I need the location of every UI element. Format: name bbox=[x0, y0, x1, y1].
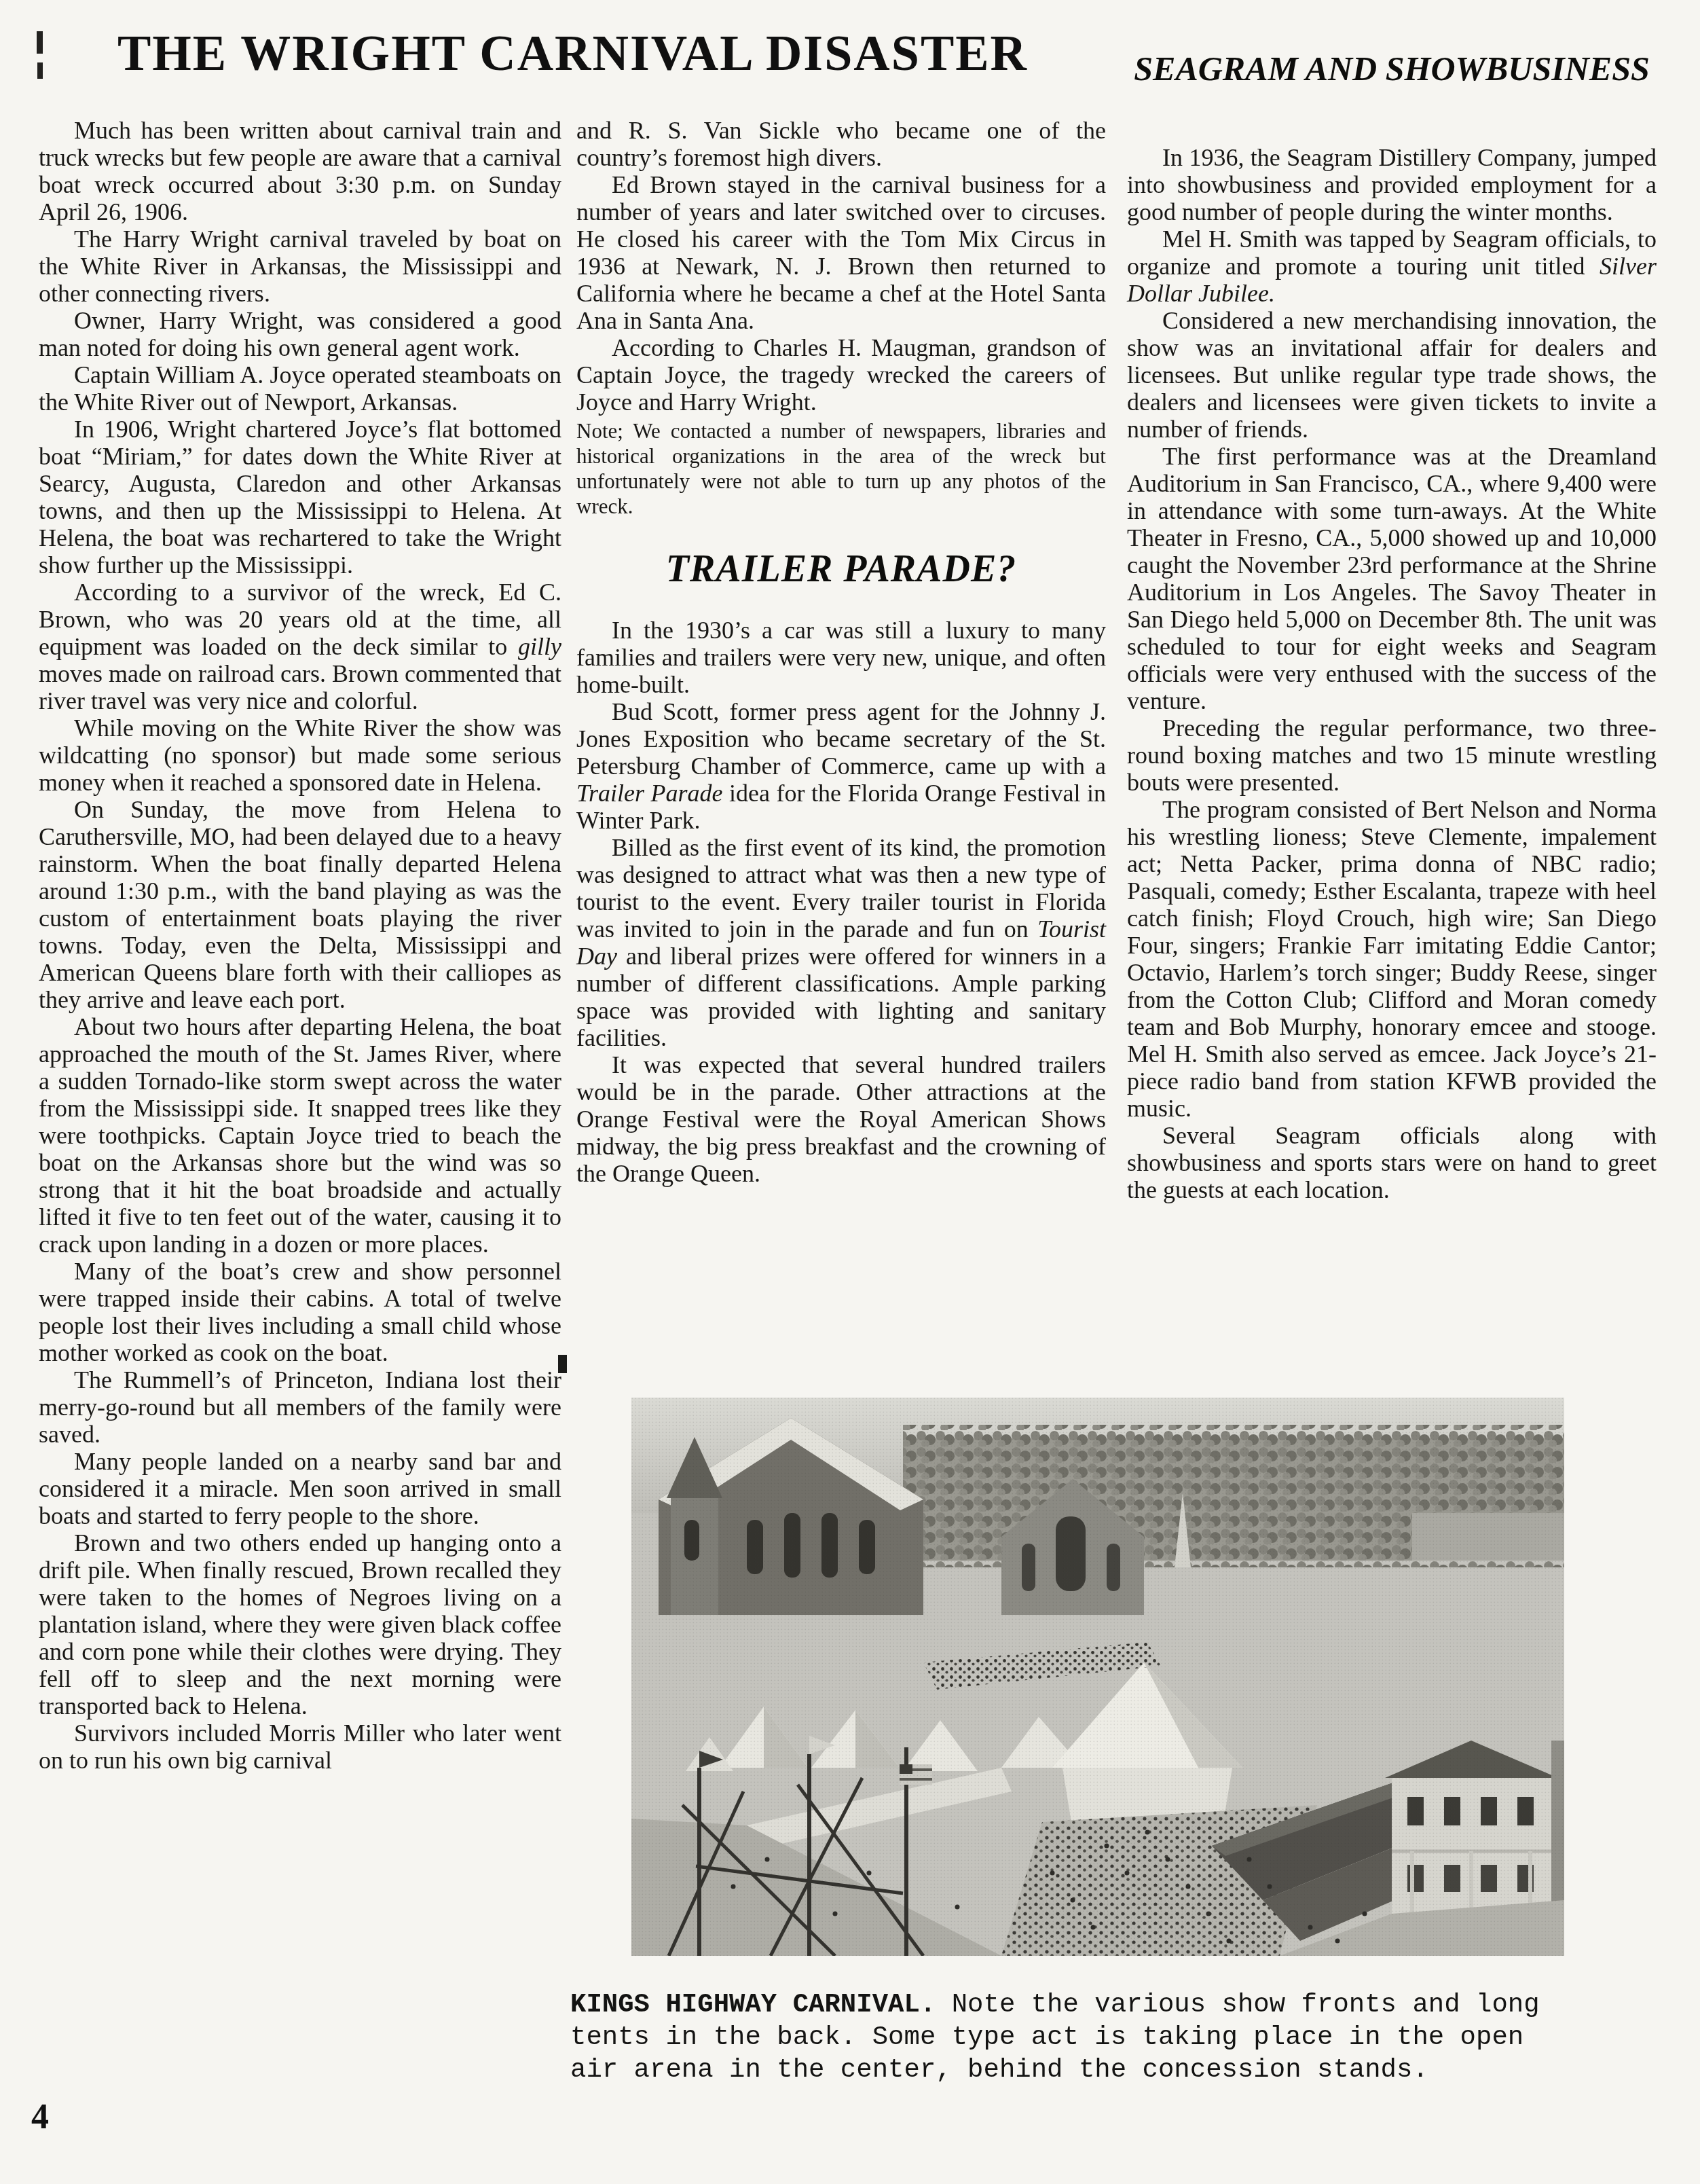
body-paragraph: Considered a new merchandising innovatio… bbox=[1127, 307, 1657, 443]
body-paragraph: According to a survivor of the wreck, Ed… bbox=[39, 579, 561, 714]
body-paragraph: The Harry Wright carnival traveled by bo… bbox=[39, 225, 561, 307]
column-1: Much has been written about carnival tra… bbox=[39, 117, 561, 1774]
text-segment-italic: Trailer Parade bbox=[576, 780, 723, 807]
body-paragraph: and R. S. Van Sickle who became one of t… bbox=[576, 117, 1106, 171]
note-paragraph: Note; We contacted a number of newspaper… bbox=[576, 418, 1106, 519]
photo-halftone-overlay bbox=[631, 1398, 1564, 1956]
body-paragraph: In 1906, Wright chartered Joyce’s flat b… bbox=[39, 416, 561, 579]
body-paragraph: Mel H. Smith was tapped by Seagram offic… bbox=[1127, 225, 1657, 307]
body-paragraph: Many of the boat’s crew and show personn… bbox=[39, 1258, 561, 1366]
article-heading-trailer-parade: TRAILER PARADE? bbox=[576, 550, 1106, 588]
body-paragraph: Many people landed on a nearby sand bar … bbox=[39, 1448, 561, 1529]
body-paragraph: The program consisted of Bert Nelson and… bbox=[1127, 796, 1657, 1122]
body-paragraph: Much has been written about carnival tra… bbox=[39, 117, 561, 225]
body-paragraph: Bud Scott, former press agent for the Jo… bbox=[576, 698, 1106, 834]
column-3: SEAGRAM AND SHOWBUSINESS In 1936, the Se… bbox=[1127, 52, 1657, 1203]
article-title-wright-carnival-disaster: THE WRIGHT CARNIVAL DISASTER bbox=[39, 27, 1107, 81]
photo-caption: KINGS HIGHWAY CARNIVAL. Note the various… bbox=[570, 1988, 1578, 2086]
body-paragraph: In the 1930’s a car was still a luxury t… bbox=[576, 617, 1106, 698]
caption-lead: KINGS HIGHWAY CARNIVAL. bbox=[570, 1990, 936, 2020]
article-heading-seagram: SEAGRAM AND SHOWBUSINESS bbox=[1127, 52, 1657, 86]
text-segment: According to a survivor of the wreck, Ed… bbox=[39, 579, 561, 660]
body-paragraph: Brown and two others ended up hanging on… bbox=[39, 1529, 561, 1719]
ink-mark bbox=[558, 1355, 567, 1373]
body-paragraph: In 1936, the Seagram Distillery Company,… bbox=[1127, 144, 1657, 225]
body-paragraph: It was expected that several hundred tra… bbox=[576, 1051, 1106, 1187]
body-paragraph: On Sunday, the move from Helena to Carut… bbox=[39, 796, 561, 1013]
editor-note: Note; We contacted a number of newspaper… bbox=[576, 418, 1106, 519]
body-paragraph: According to Charles H. Maugman, grandso… bbox=[576, 334, 1106, 416]
text-segment: and liberal prizes were offered for winn… bbox=[576, 943, 1106, 1051]
body-paragraph: Survivors included Morris Miller who lat… bbox=[39, 1719, 561, 1774]
body-paragraph: The Rummell’s of Princeton, Indiana lost… bbox=[39, 1366, 561, 1448]
carnival-aerial-photo bbox=[631, 1398, 1564, 1956]
body-paragraph: Ed Brown stayed in the carnival business… bbox=[576, 171, 1106, 334]
page-number: 4 bbox=[31, 2100, 49, 2135]
body-paragraph: While moving on the White River the show… bbox=[39, 714, 561, 796]
body-paragraph: Several Seagram officials along with sho… bbox=[1127, 1122, 1657, 1203]
body-paragraph: The first performance was at the Dreamla… bbox=[1127, 443, 1657, 714]
body-paragraph: About two hours after departing Helena, … bbox=[39, 1013, 561, 1258]
text-segment: Bud Scott, former press agent for the Jo… bbox=[576, 698, 1106, 780]
text-segment: Billed as the first event of its kind, t… bbox=[576, 834, 1106, 943]
text-segment-italic: gilly bbox=[518, 633, 561, 660]
body-paragraph: Preceding the regular performance, two t… bbox=[1127, 714, 1657, 796]
text-segment: moves made on railroad cars. Brown comme… bbox=[39, 660, 561, 714]
body-paragraph: Owner, Harry Wright, was considered a go… bbox=[39, 307, 561, 361]
column-2: and R. S. Van Sickle who became one of t… bbox=[576, 117, 1106, 1187]
body-paragraph: Captain William A. Joyce operated steamb… bbox=[39, 361, 561, 416]
text-segment: Mel H. Smith was tapped by Seagram offic… bbox=[1127, 225, 1657, 280]
carnival-photo-illustration bbox=[631, 1398, 1564, 1956]
body-paragraph: Billed as the first event of its kind, t… bbox=[576, 834, 1106, 1051]
